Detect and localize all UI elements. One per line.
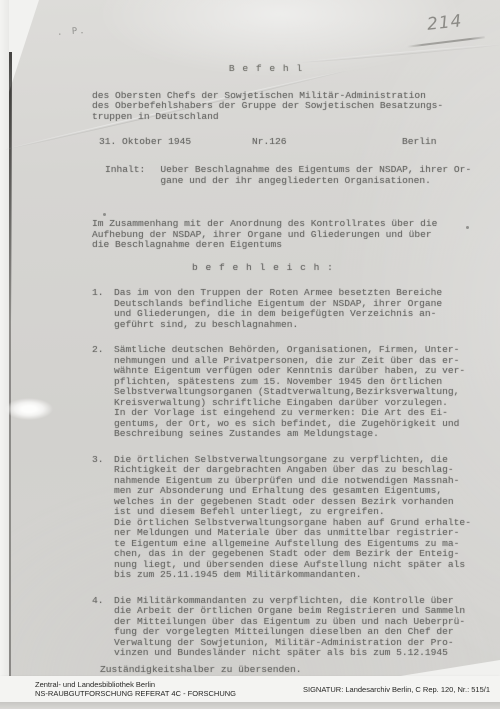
- research-department: NS-RAUBGUTFORSCHUNG REFERAT 4C - FORSCHU…: [35, 689, 236, 698]
- scan-bottom-edge: [0, 702, 500, 709]
- order-item: 1. Das im von den Truppen der Roten Arme…: [92, 288, 486, 330]
- issuer-lines: des Obersten Chefs der Sowjetischen Mili…: [92, 91, 486, 123]
- command-phrase: b e f e h l e i c h :: [192, 263, 486, 274]
- document-scan: . P. 214 B e f e h l des Obersten Chefs …: [0, 0, 500, 709]
- paper-damage-spot: [5, 398, 53, 420]
- item-number: 3.: [92, 455, 114, 581]
- item-number: 4.: [92, 596, 114, 659]
- corner-mark: . P.: [57, 26, 87, 38]
- subject-text: Ueber Beschlagnahme des Eigentums der NS…: [160, 165, 471, 186]
- preamble-text: Im Zusammenhang mit der Anordnung des Ko…: [92, 219, 486, 251]
- library-name: Zentral- und Landesbibliothek Berlin: [35, 680, 236, 689]
- subject-block: Inhalt: Ueber Beschlagnahme des Eigentum…: [92, 165, 486, 186]
- item-number: 2.: [92, 345, 114, 440]
- paper-corner-cut: [9, 0, 39, 92]
- item-number: 1.: [92, 288, 114, 330]
- handwritten-page-number: 214: [426, 11, 463, 35]
- typed-page-body: B e f e h l des Obersten Chefs der Sowje…: [92, 60, 486, 675]
- order-item: 3. Die örtlichen Selbstverwaltungsorgane…: [92, 455, 486, 581]
- item-text: Das im von den Truppen der Roten Armee b…: [114, 288, 486, 330]
- order-title: B e f e h l: [92, 64, 440, 75]
- order-place: Berlin: [402, 137, 437, 148]
- item-text: Sämtliche deutschen Behörden, Organisati…: [114, 345, 486, 440]
- order-item: 2. Sämtliche deutschen Behörden, Organis…: [92, 345, 486, 440]
- archive-footer: Zentral- und Landesbibliothek Berlin NS-…: [0, 676, 500, 702]
- dateline: 31. Oktober 1945 Nr.126 Berlin: [92, 137, 486, 148]
- order-item: 4. Die Militärkommandanten zu verpflicht…: [92, 596, 486, 659]
- archive-library-block: Zentral- und Landesbibliothek Berlin NS-…: [35, 680, 236, 698]
- subject-label: Inhalt:: [105, 165, 145, 186]
- order-date: 31. Oktober 1945: [99, 137, 191, 148]
- order-items: 1. Das im von den Truppen der Roten Arme…: [92, 288, 486, 659]
- archive-signature: SIGNATUR: Landesarchiv Berlin, C Rep. 12…: [303, 685, 490, 694]
- order-number: Nr.126: [252, 137, 287, 148]
- item-text: Die örtlichen Selbstverwaltungsorgane zu…: [114, 455, 486, 581]
- paper-sheet: . P. 214 B e f e h l des Obersten Chefs …: [9, 0, 500, 704]
- item-text: Die Militärkommandanten zu verpflichten,…: [114, 596, 486, 659]
